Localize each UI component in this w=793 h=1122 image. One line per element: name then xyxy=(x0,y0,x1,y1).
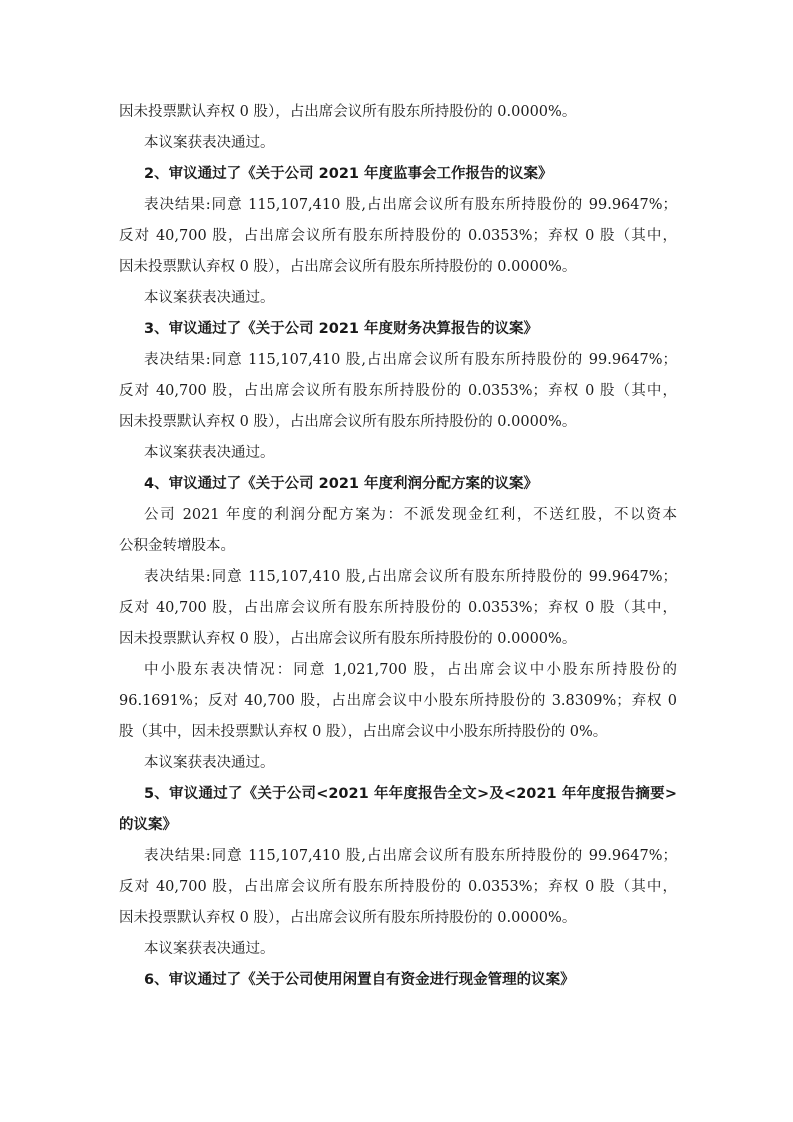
vote-result-line: 因未投票默认弃权 0 股），占出席会议所有股东所持股份的 0.0000%。 xyxy=(119,410,677,441)
resolution-heading-5: 5、审议通过了《关于公司<2021 年年度报告全文>及<2021 年年度报告摘要… xyxy=(119,782,677,813)
resolution-heading-6: 6、审议通过了《关于公司使用闲置自有资金进行现金管理的议案》 xyxy=(119,968,677,999)
resolution-heading-4: 4、审议通过了《关于公司 2021 年度利润分配方案的议案》 xyxy=(119,472,677,503)
vote-result-line: 表决结果:同意 115,107,410 股,占出席会议所有股东所持股份的 99.… xyxy=(119,844,677,875)
vote-result-line: 反对 40,700 股，占出席会议所有股东所持股份的 0.0353%；弃权 0 … xyxy=(119,596,677,627)
resolution-passed-text: 本议案获表决通过。 xyxy=(119,131,677,162)
resolution-heading-5-cont: 的议案》 xyxy=(119,813,677,844)
vote-result-line: 表决结果:同意 115,107,410 股,占出席会议所有股东所持股份的 99.… xyxy=(119,565,677,596)
resolution-passed-text: 本议案获表决通过。 xyxy=(119,441,677,472)
resolution-passed-text: 本议案获表决通过。 xyxy=(119,937,677,968)
resolution-passed-text: 本议案获表决通过。 xyxy=(119,286,677,317)
resolution-heading-2: 2、审议通过了《关于公司 2021 年度监事会工作报告的议案》 xyxy=(119,162,677,193)
document-page: 因未投票默认弃权 0 股），占出席会议所有股东所持股份的 0.0000%。 本议… xyxy=(119,100,677,999)
minority-vote-line: 股（其中，因未投票默认弃权 0 股），占出席会议中小股东所持股份的 0%。 xyxy=(119,720,677,751)
vote-result-line: 因未投票默认弃权 0 股），占出席会议所有股东所持股份的 0.0000%。 xyxy=(119,255,677,286)
profit-distribution-line: 公积金转增股本。 xyxy=(119,534,677,565)
minority-vote-line: 中小股东表决情况：同意 1,021,700 股，占出席会议中小股东所持股份的 xyxy=(119,658,677,689)
vote-result-line: 表决结果:同意 115,107,410 股,占出席会议所有股东所持股份的 99.… xyxy=(119,348,677,379)
vote-result-line: 表决结果:同意 115,107,410 股,占出席会议所有股东所持股份的 99.… xyxy=(119,193,677,224)
resolution-heading-3: 3、审议通过了《关于公司 2021 年度财务决算报告的议案》 xyxy=(119,317,677,348)
vote-result-line: 因未投票默认弃权 0 股），占出席会议所有股东所持股份的 0.0000%。 xyxy=(119,627,677,658)
minority-vote-line: 96.1691%；反对 40,700 股，占出席会议中小股东所持股份的 3.83… xyxy=(119,689,677,720)
paragraph-line: 因未投票默认弃权 0 股），占出席会议所有股东所持股份的 0.0000%。 xyxy=(119,100,677,131)
vote-result-line: 反对 40,700 股，占出席会议所有股东所持股份的 0.0353%；弃权 0 … xyxy=(119,224,677,255)
profit-distribution-line: 公司 2021 年度的利润分配方案为：不派发现金红利，不送红股，不以资本 xyxy=(119,503,677,534)
vote-result-line: 因未投票默认弃权 0 股），占出席会议所有股东所持股份的 0.0000%。 xyxy=(119,906,677,937)
vote-result-line: 反对 40,700 股，占出席会议所有股东所持股份的 0.0353%；弃权 0 … xyxy=(119,875,677,906)
vote-result-line: 反对 40,700 股，占出席会议所有股东所持股份的 0.0353%；弃权 0 … xyxy=(119,379,677,410)
resolution-passed-text: 本议案获表决通过。 xyxy=(119,751,677,782)
